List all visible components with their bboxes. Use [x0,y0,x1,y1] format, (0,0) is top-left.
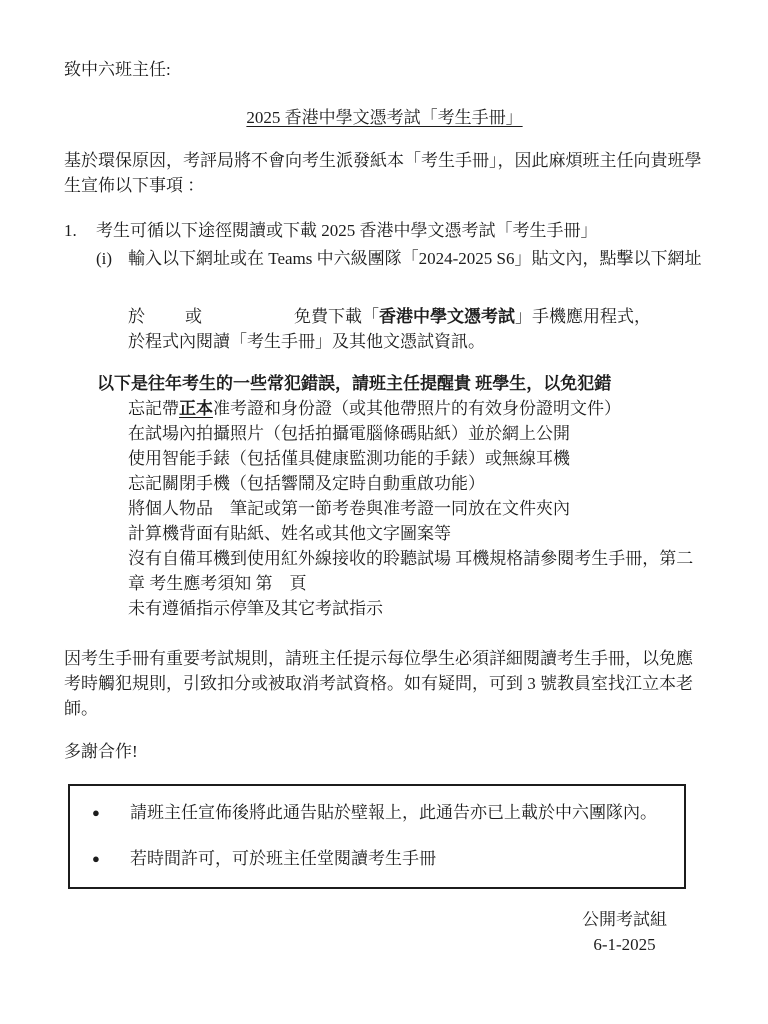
app-download-line-2: 於程式內閱讀「考生手冊」及其他文憑試資訊。 [128,329,705,354]
signature-date: 6-1-2025 [582,932,667,957]
mistake-item-1-emphasis: 正本 [179,399,213,418]
app-or-word: 或 [185,307,202,326]
sub-item-i-text: 輸入以下網址或在 Teams 中六級團隊「2024-2025 S6」貼文內，點擊… [128,246,702,271]
mistake-item-1-pre: 忘記帶 [128,399,179,418]
signature-unit: 公開考試組 [582,907,667,932]
sub-item-i: (i) 輸入以下網址或在 Teams 中六級團隊「2024-2025 S6」貼文… [96,246,705,271]
salutation: 致中六班主任: [64,57,705,82]
mistake-item-3: 使用智能手錶（包括僅具健康監測功能的手錶）或無線耳機 [128,446,705,471]
notice-bullet-row-1: ● 請班主任宣佈後將此通告貼於壁報上，此通告亦已上載於中六團隊內。 [92,800,666,825]
mistake-item-2: 在試場內拍攝照片（包括拍攝電腦條碼貼紙）並於網上公開 [128,421,705,446]
closing-paragraph: 因考生手冊有重要考試規則，請班主任提示每位學生必須詳細閱讀考生手冊，以免應考時觸… [64,646,705,721]
notice-bullet-row-2: ● 若時間許可，可於班主任堂閱讀考生手冊 [92,846,666,871]
app-download-post: 」手機應用程式， [515,307,651,326]
notice-bullet-1-text: 請班主任宣佈後將此通告貼於壁報上，此通告亦已上載於中六團隊內。 [130,800,657,825]
bullet-icon: ● [92,800,130,825]
mistake-item-1: 忘記帶正本准考證和身份證（或其他帶照片的有效身份證明文件） [128,396,705,421]
document-title: 2025 香港中學文憑考試「考生手冊」 [64,105,705,130]
mistake-item-7: 沒有自備耳機到使用紅外線接收的聆聽試場 耳機規格請參閱考生手冊，第二章 考生應考… [128,546,705,596]
notice-box: ● 請班主任宣佈後將此通告貼於壁報上，此通告亦已上載於中六團隊內。 ● 若時間許… [68,784,686,889]
app-download-paragraph: 於或免費下載「香港中學文憑考試」手機應用程式， 於程式內閱讀「考生手冊」及其他文… [128,304,705,354]
app-name: 香港中學文憑考試 [379,307,515,326]
app-at-word: 於 [128,307,145,326]
app-download-pre: 免費下載「 [294,307,379,326]
mistake-item-1-post: 准考證和身份證（或其他帶照片的有效身份證明文件） [213,399,621,418]
mistake-item-5: 將個人物品 筆記或第一節考卷與准考證一同放在文件夾內 [128,496,705,521]
signature-block: 公開考試組 6-1-2025 [582,907,667,957]
common-mistakes-heading: 以下是往年考生的一些常犯錯誤，請班主任提醒貴 班學生，以免犯錯 [97,371,705,396]
intro-paragraph: 基於環保原因，考評局將不會向考生派發紙本「考生手冊」，因此麻煩班主任向貴班學生宣… [64,148,705,198]
bullet-icon: ● [92,846,130,871]
notice-bullet-2-text: 若時間許可，可於班主任堂閱讀考生手冊 [130,846,436,871]
numbered-item-1: 1. 考生可循以下途徑閱讀或下載 2025 香港中學文憑考試「考生手冊」 [64,218,705,243]
common-mistakes-list: 忘記帶正本准考證和身份證（或其他帶照片的有效身份證明文件） 在試場內拍攝照片（包… [64,396,705,621]
document-page: 致中六班主任: 2025 香港中學文憑考試「考生手冊」 基於環保原因，考評局將不… [0,0,768,1024]
mistake-item-6: 計算機背面有貼紙、姓名或其他文字圖案等 [128,521,705,546]
mistake-item-4: 忘記關閉手機（包括響鬧及定時自動重啟功能） [128,471,705,496]
numbered-item-1-number: 1. [64,218,96,243]
document-title-text: 2025 香港中學文憑考試「考生手冊」 [246,108,522,127]
mistake-item-8: 未有遵循指示停筆及其它考試指示 [128,596,705,621]
numbered-item-1-text: 考生可循以下途徑閱讀或下載 2025 香港中學文憑考試「考生手冊」 [96,218,598,243]
thanks-line: 多謝合作! [64,739,705,764]
app-download-line-1: 於或免費下載「香港中學文憑考試」手機應用程式， [128,304,705,329]
sub-item-i-marker: (i) [96,246,128,271]
